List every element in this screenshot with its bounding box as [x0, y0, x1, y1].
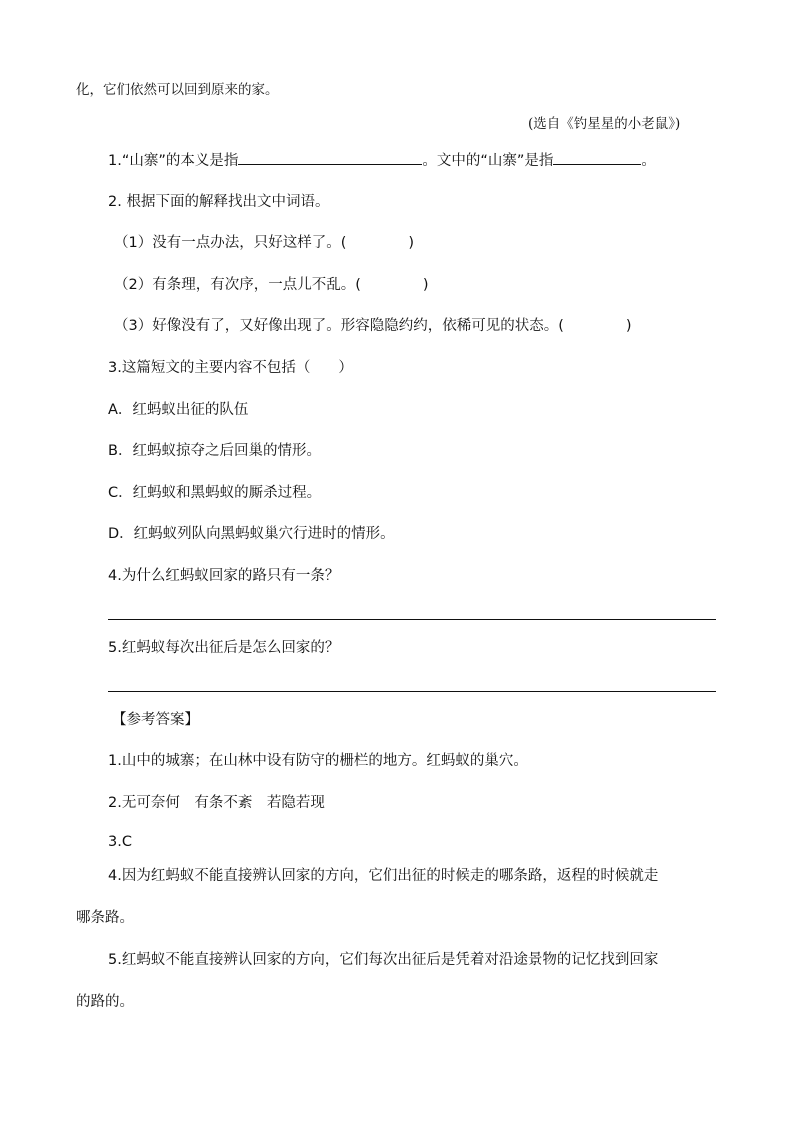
question-2-item-3-text: （3）好像没有了，又好像出现了。形容隐隐约约，依稀可见的状态。(: [114, 318, 564, 334]
question-1-part-a: 1.“山寨”的本义是指: [108, 153, 238, 169]
passage-tail: 化，它们依然可以回到原来的家。: [76, 80, 279, 100]
question-1-part-b: 。文中的“山寨”是指: [422, 153, 553, 169]
answer-3: 3.C: [108, 832, 132, 852]
answer-2: 2.无可奈何 有条不紊 若隐若现: [108, 793, 325, 813]
question-2-item-2: （2）有条理，有次序，一点儿不乱。(): [114, 275, 429, 295]
question-2-item-1-text: （1）没有一点办法，只好这样了。(: [114, 235, 346, 251]
option-b[interactable]: B．红蚂蚁掠夺之后回巢的情形。: [108, 441, 321, 461]
question-3-prompt: 3.这篇短文的主要内容不包括（）: [108, 358, 353, 378]
close-paren: ）: [338, 360, 353, 376]
option-c[interactable]: C．红蚂蚁和黑蚂蚁的厮杀过程。: [108, 483, 321, 503]
answer-4-line-1: 4.因为红蚂蚁不能直接辨认回家的方向，它们出征的时候走的哪条路，返程的时候就走: [108, 866, 658, 886]
answer-line-4[interactable]: [108, 619, 716, 620]
close-paren: ): [423, 277, 429, 293]
question-2-item-2-text: （2）有条理，有次序，一点儿不乱。(: [114, 277, 361, 293]
answer-line-5[interactable]: [108, 691, 716, 692]
answer-blank-1b[interactable]: [553, 150, 641, 165]
answer-4-line-2: 哪条路。: [76, 908, 134, 928]
question-4-prompt: 4.为什么红蚂蚁回家的路只有一条？: [108, 566, 339, 586]
answer-1: 1.山中的城寨；在山林中设有防守的栅栏的地方。红蚂蚁的巢穴。: [108, 751, 528, 771]
answer-5-line-2: 的路的。: [76, 992, 134, 1012]
question-5-prompt: 5.红蚂蚁每次出征后是怎么回家的？: [108, 638, 339, 658]
question-1: 1.“山寨”的本义是指。文中的“山寨”是指。: [108, 150, 656, 171]
option-a[interactable]: A．红蚂蚁出征的队伍: [108, 400, 248, 420]
question-3-text: 3.这篇短文的主要内容不包括（: [108, 360, 310, 376]
close-paren: ): [626, 318, 632, 334]
passage-source: (选自《钓星星的小老鼠》): [528, 114, 680, 134]
question-2-item-1: （1）没有一点办法，只好这样了。(): [114, 233, 414, 253]
answer-5-line-1: 5.红蚂蚁不能直接辨认回家的方向，它们每次出征后是凭着对沿途景物的记忆找到回家: [108, 950, 658, 970]
question-2-item-3: （3）好像没有了，又好像出现了。形容隐隐约约，依稀可见的状态。(): [114, 316, 632, 336]
answers-heading: 【参考答案】: [112, 710, 199, 730]
close-paren: ): [408, 235, 414, 251]
answer-blank-1a[interactable]: [238, 150, 422, 165]
option-d[interactable]: D．红蚂蚁列队向黑蚂蚁巢穴行进时的情形。: [108, 524, 395, 544]
question-1-part-c: 。: [641, 153, 656, 169]
question-2-prompt: 2. 根据下面的解释找出文中词语。: [108, 192, 329, 212]
